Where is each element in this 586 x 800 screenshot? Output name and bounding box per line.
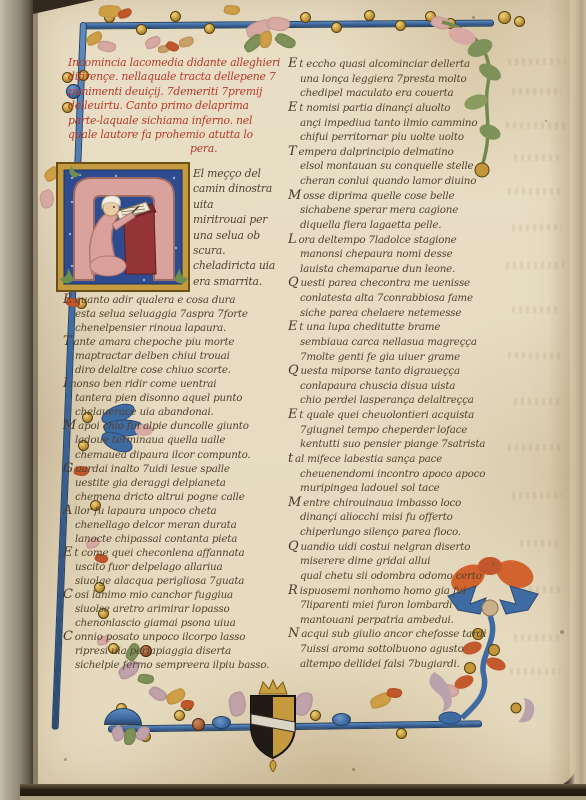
verse-line: diro delaltre cose chiuo scorte. bbox=[75, 363, 301, 377]
verse-line: Quandio uidi costui nelgran diserto bbox=[300, 540, 528, 555]
verse-line: chemena dricto altrui pogne calle bbox=[75, 490, 301, 504]
verse-line: qual chetu sii odombra odomo certo bbox=[300, 569, 528, 584]
verse-line: conlatesta alta 7conrabbiosa fame bbox=[300, 291, 528, 306]
verse-line: sichabene sperar mera cagione bbox=[300, 203, 528, 218]
verse-line: siuolge alacqua perigliosa 7guata bbox=[75, 574, 301, 588]
parchment-stain bbox=[64, 758, 67, 761]
bleed-through-marks bbox=[508, 444, 562, 451]
verse-line: 7giugnel tempo cheperder loface bbox=[300, 423, 528, 438]
parchment-stain bbox=[472, 16, 475, 19]
gold-ball bbox=[300, 12, 311, 23]
verse-line: una lonça leggiera 7presta molto bbox=[300, 72, 528, 87]
verse-line: chio perdei lasperança delaltreçça bbox=[300, 393, 528, 408]
rubric-line: difirençe. nellaquale tracta dellepene 7 bbox=[68, 70, 293, 84]
verse-line: 7liparenti miei furon lombardi bbox=[300, 598, 528, 613]
verse-line: lanocte chipassai contanta pieta bbox=[75, 532, 301, 546]
verse-line: chelauerace uia abandonai. bbox=[75, 405, 301, 419]
verse-line: Guardai inalto 7uidi lesue spalle bbox=[75, 462, 301, 476]
crown-icon bbox=[259, 680, 287, 694]
bleed-through-marks bbox=[514, 154, 562, 161]
bleed-through-marks bbox=[506, 121, 566, 129]
verse-line: era smarrita. bbox=[193, 274, 293, 289]
verse-line: chiperlungo silenço parea fioco. bbox=[300, 525, 528, 540]
parchment-stain bbox=[352, 768, 355, 771]
verse-line: siche parea chelaere netemesse bbox=[300, 306, 528, 321]
verse-line: uestite gia deraggi delpianeta bbox=[75, 476, 301, 490]
gold-ball bbox=[310, 710, 321, 721]
bleed-through-marks bbox=[520, 540, 560, 547]
verse-line: chifui perritornar piu uolte uolto bbox=[300, 130, 528, 145]
gold-ball bbox=[364, 10, 375, 21]
gold-ball bbox=[204, 23, 215, 34]
verse-line: Questi parea checontra me uenisse bbox=[300, 276, 528, 291]
verse-line: kentutti suo pensier piange 7satrista bbox=[300, 437, 528, 452]
text-column-right: Et eccho quasi alcominciar dellertauna l… bbox=[287, 57, 528, 671]
gold-ball bbox=[174, 710, 185, 721]
text-column-left: Equanto adir qualera e cosa duraesta sel… bbox=[62, 293, 301, 672]
gold-ball bbox=[136, 24, 147, 35]
verse-line: Et eccho quasi alcominciar dellerta bbox=[300, 57, 528, 72]
verse-line: dinançi aliocchi misi fu offerto bbox=[300, 510, 528, 525]
verse-line: Et nomisi partia dinançi aluolto bbox=[300, 101, 528, 116]
verse-line: chedipel maculato era couerta bbox=[300, 86, 528, 101]
verse-line: muripingea ladouel sol tace bbox=[300, 481, 528, 496]
verse-line: El meçço del bbox=[193, 166, 293, 181]
illuminated-initial-N bbox=[56, 162, 190, 292]
parchment-stain bbox=[545, 120, 547, 122]
gold-ball bbox=[395, 20, 406, 31]
verse-line: conlapaura chuscia disua uista bbox=[300, 379, 528, 394]
verse-line: Questa miporse tanto digraueçça bbox=[300, 364, 528, 379]
verse-line: Tante amara chepoche piu morte bbox=[75, 335, 301, 349]
parchment-stain bbox=[560, 630, 564, 634]
verse-line: chenonlascio giamai psona uiua bbox=[75, 616, 301, 630]
verse-line: chenellago delcor meran durata bbox=[75, 518, 301, 532]
rubric-line: parte-laquale sichiama inferno. nel bbox=[68, 114, 293, 128]
bleed-through-marks bbox=[508, 57, 566, 65]
verse-line: camin dinostra bbox=[193, 181, 293, 196]
verse-line: Mapoi chio fui alpie duncolle giunto bbox=[75, 419, 301, 433]
verse-line: Et una lupa cheditutte brame bbox=[300, 320, 528, 335]
rubric-line: Incomincia lacomedia didante alleghieri bbox=[68, 56, 293, 70]
verse-line: Lora deltempo 7ladolce stagione bbox=[300, 233, 528, 248]
verse-line: Inonso ben ridir come uentrai bbox=[75, 377, 301, 391]
blue-knot bbox=[332, 713, 351, 726]
verse-line: 7uissi aroma sottolbuono agusto bbox=[300, 642, 528, 657]
book-gutter bbox=[33, 0, 38, 788]
verse-line: sichelpie fermo sempreera ilpiu basso. bbox=[75, 658, 301, 672]
bleed-through-marks bbox=[522, 586, 560, 593]
verse-line: scura. bbox=[193, 243, 293, 258]
parchment-stain bbox=[492, 562, 495, 565]
verse-line: sembiaua carca nellasua magreçça bbox=[300, 335, 528, 350]
verse-line: cheladiricta uia bbox=[193, 258, 293, 273]
bleed-through-marks bbox=[512, 224, 562, 232]
verse-line: Nacqui sub giulio ancor chefosse tardi bbox=[300, 627, 528, 642]
rubric-line: pera. bbox=[190, 142, 293, 156]
verse-line: Mosse diprima quelle cose belle bbox=[300, 189, 528, 204]
opening-verses: El meçço delcamin dinostrauitamiritrouai… bbox=[193, 166, 293, 289]
verse-line: siuolse aretro arimirar lopasso bbox=[75, 602, 301, 616]
verse-line: maptractar delben chiui trouai bbox=[75, 349, 301, 363]
bleed-through-marks bbox=[510, 668, 560, 675]
verse-line: Mentre chirouinaua imbasso loco bbox=[300, 496, 528, 511]
verse-line: ripresi uia perlapiaggia diserta bbox=[75, 644, 301, 658]
blue-knot bbox=[212, 716, 231, 729]
gold-ball bbox=[331, 22, 342, 33]
bleed-through-marks bbox=[514, 634, 560, 641]
verse-line: tantera pien disonno aquel punto bbox=[75, 391, 301, 405]
verse-line: 7molte genti fe gia uiuer grame bbox=[300, 350, 528, 365]
verse-line: mantouani perpatria ambedui. bbox=[300, 613, 528, 628]
bleed-through-marks bbox=[508, 188, 564, 195]
bleed-through-marks bbox=[512, 306, 560, 313]
verse-line: miritrouai per bbox=[193, 212, 293, 227]
bleed-through-marks bbox=[508, 352, 564, 360]
verse-line: ladoue terminaua quella ualle bbox=[75, 433, 301, 447]
verse-line: chemauea dipaura ilcor compunto. bbox=[75, 448, 301, 462]
verse-line: una selua ob bbox=[193, 228, 293, 243]
verse-line: lauista chemaparue dun leone. bbox=[300, 262, 528, 277]
verse-line: Et quale quei cheuolontieri acquista bbox=[300, 408, 528, 423]
gold-ball bbox=[170, 11, 181, 22]
verse-line: cheran conlui quando lamor diuino bbox=[300, 174, 528, 189]
rubric: Incomincia lacomedia didante alleghierid… bbox=[68, 56, 293, 157]
book-edge-bottom-light bbox=[20, 796, 586, 800]
verse-line: ançi impediua tanto ilmio cammino bbox=[300, 116, 528, 131]
bleed-through-marks bbox=[512, 492, 562, 500]
verse-line: Tempera dalprincipio delmatino bbox=[300, 145, 528, 160]
rubric-line: delleuirtu. Canto primo delaprima bbox=[68, 99, 293, 113]
bleed-through-marks bbox=[512, 88, 562, 95]
rubric-line: punimenti deuiçij. 7demeriti 7premij bbox=[68, 85, 293, 99]
verse-line: uscito fuor delpelago allariua bbox=[75, 560, 301, 574]
bleed-through-marks bbox=[506, 262, 564, 269]
verse-line: Rispuosemi nonhomo homo gia fui bbox=[300, 584, 528, 599]
verse-line: Et come quei checonlena affannata bbox=[75, 546, 301, 560]
verse-line: Equanto adir qualera e cosa dura bbox=[75, 293, 301, 307]
verse-line: tal mifece labestia sança pace bbox=[300, 452, 528, 467]
verse-line: Allor fu lapaura unpoco cheta bbox=[75, 504, 301, 518]
verse-line: manonsi chepaura nomi desse bbox=[300, 247, 528, 262]
verse-line: elsol montauan su conquelle stelle bbox=[300, 159, 528, 174]
verse-line: uita bbox=[193, 197, 293, 212]
rubric-line: quale lautore fa prohemio atutta lo bbox=[68, 128, 293, 142]
verse-line: altempo dellidei falsi 7bugiardi. bbox=[300, 657, 528, 672]
gold-ball bbox=[396, 728, 407, 739]
verse-line: Cosi lanimo mio canchor fuggiua bbox=[75, 588, 301, 602]
coat-of-arms bbox=[243, 678, 303, 772]
verse-line: diquella fiera lagaetta pelle. bbox=[300, 218, 528, 233]
red-ball bbox=[192, 718, 205, 731]
verse-line: Connio posato unpoco ilcorpo lasso bbox=[75, 630, 301, 644]
verse-line: esta selua seluaggia 7aspra 7forte bbox=[75, 307, 301, 321]
verse-line: chenelpensier rinoua lapaura. bbox=[75, 321, 301, 335]
bleed-through-marks bbox=[514, 398, 560, 405]
verse-line: cheuenendomi incontro apoco apoco bbox=[300, 467, 528, 482]
